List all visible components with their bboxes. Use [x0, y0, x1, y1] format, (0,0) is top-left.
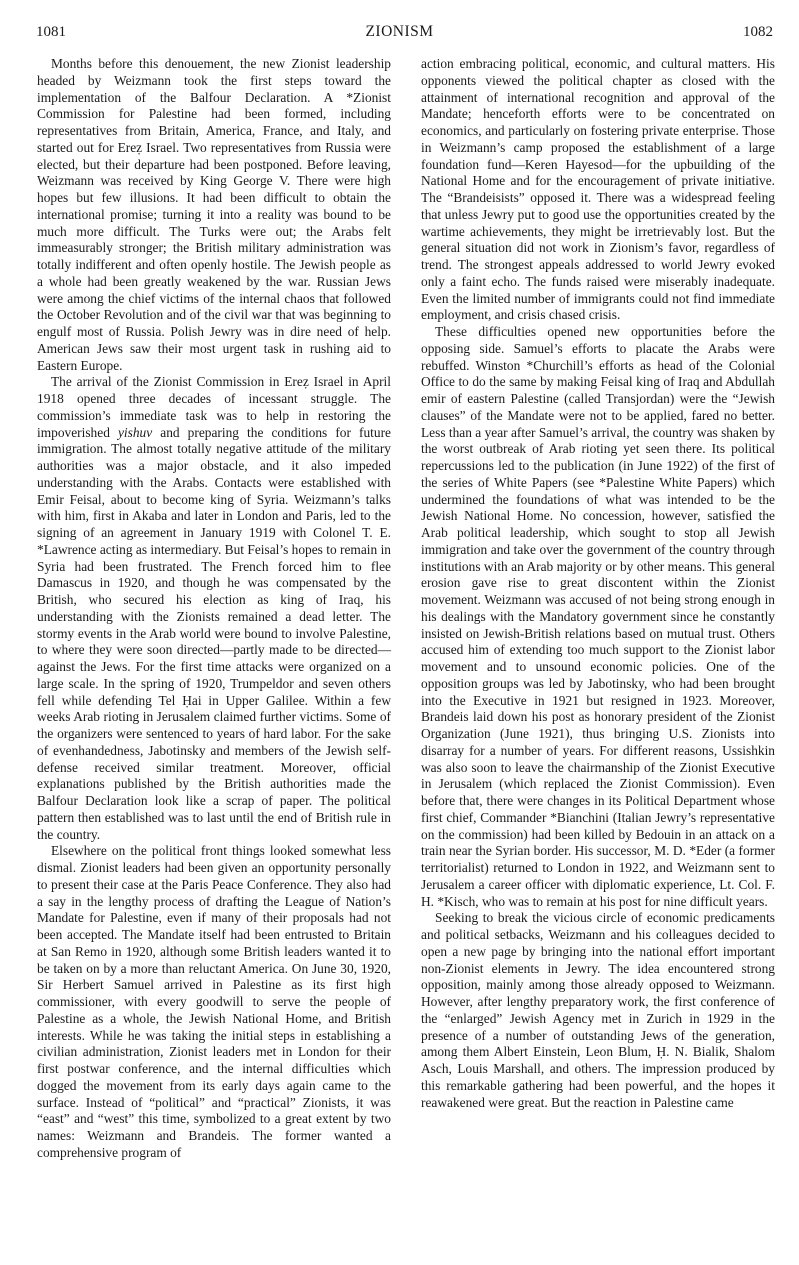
right-column: action embracing political, economic, an…	[421, 56, 775, 1111]
left-column: Months before this denouement, the new Z…	[37, 56, 391, 1162]
paragraph-text: and preparing the conditions for future …	[37, 425, 391, 842]
paragraph: Months before this denouement, the new Z…	[37, 56, 391, 374]
running-title: ZIONISM	[0, 23, 799, 41]
paragraph: Elsewhere on the political front things …	[37, 843, 391, 1161]
paragraph: These difficulties opened new opportunit…	[421, 324, 775, 910]
paragraph-continued: action embracing political, economic, an…	[421, 56, 775, 324]
paragraph: Seeking to break the vicious circle of e…	[421, 910, 775, 1111]
paragraph: The arrival of the Zionist Commission in…	[37, 374, 391, 843]
italic-term: yishuv	[118, 425, 152, 440]
right-page-number: 1082	[743, 24, 773, 41]
